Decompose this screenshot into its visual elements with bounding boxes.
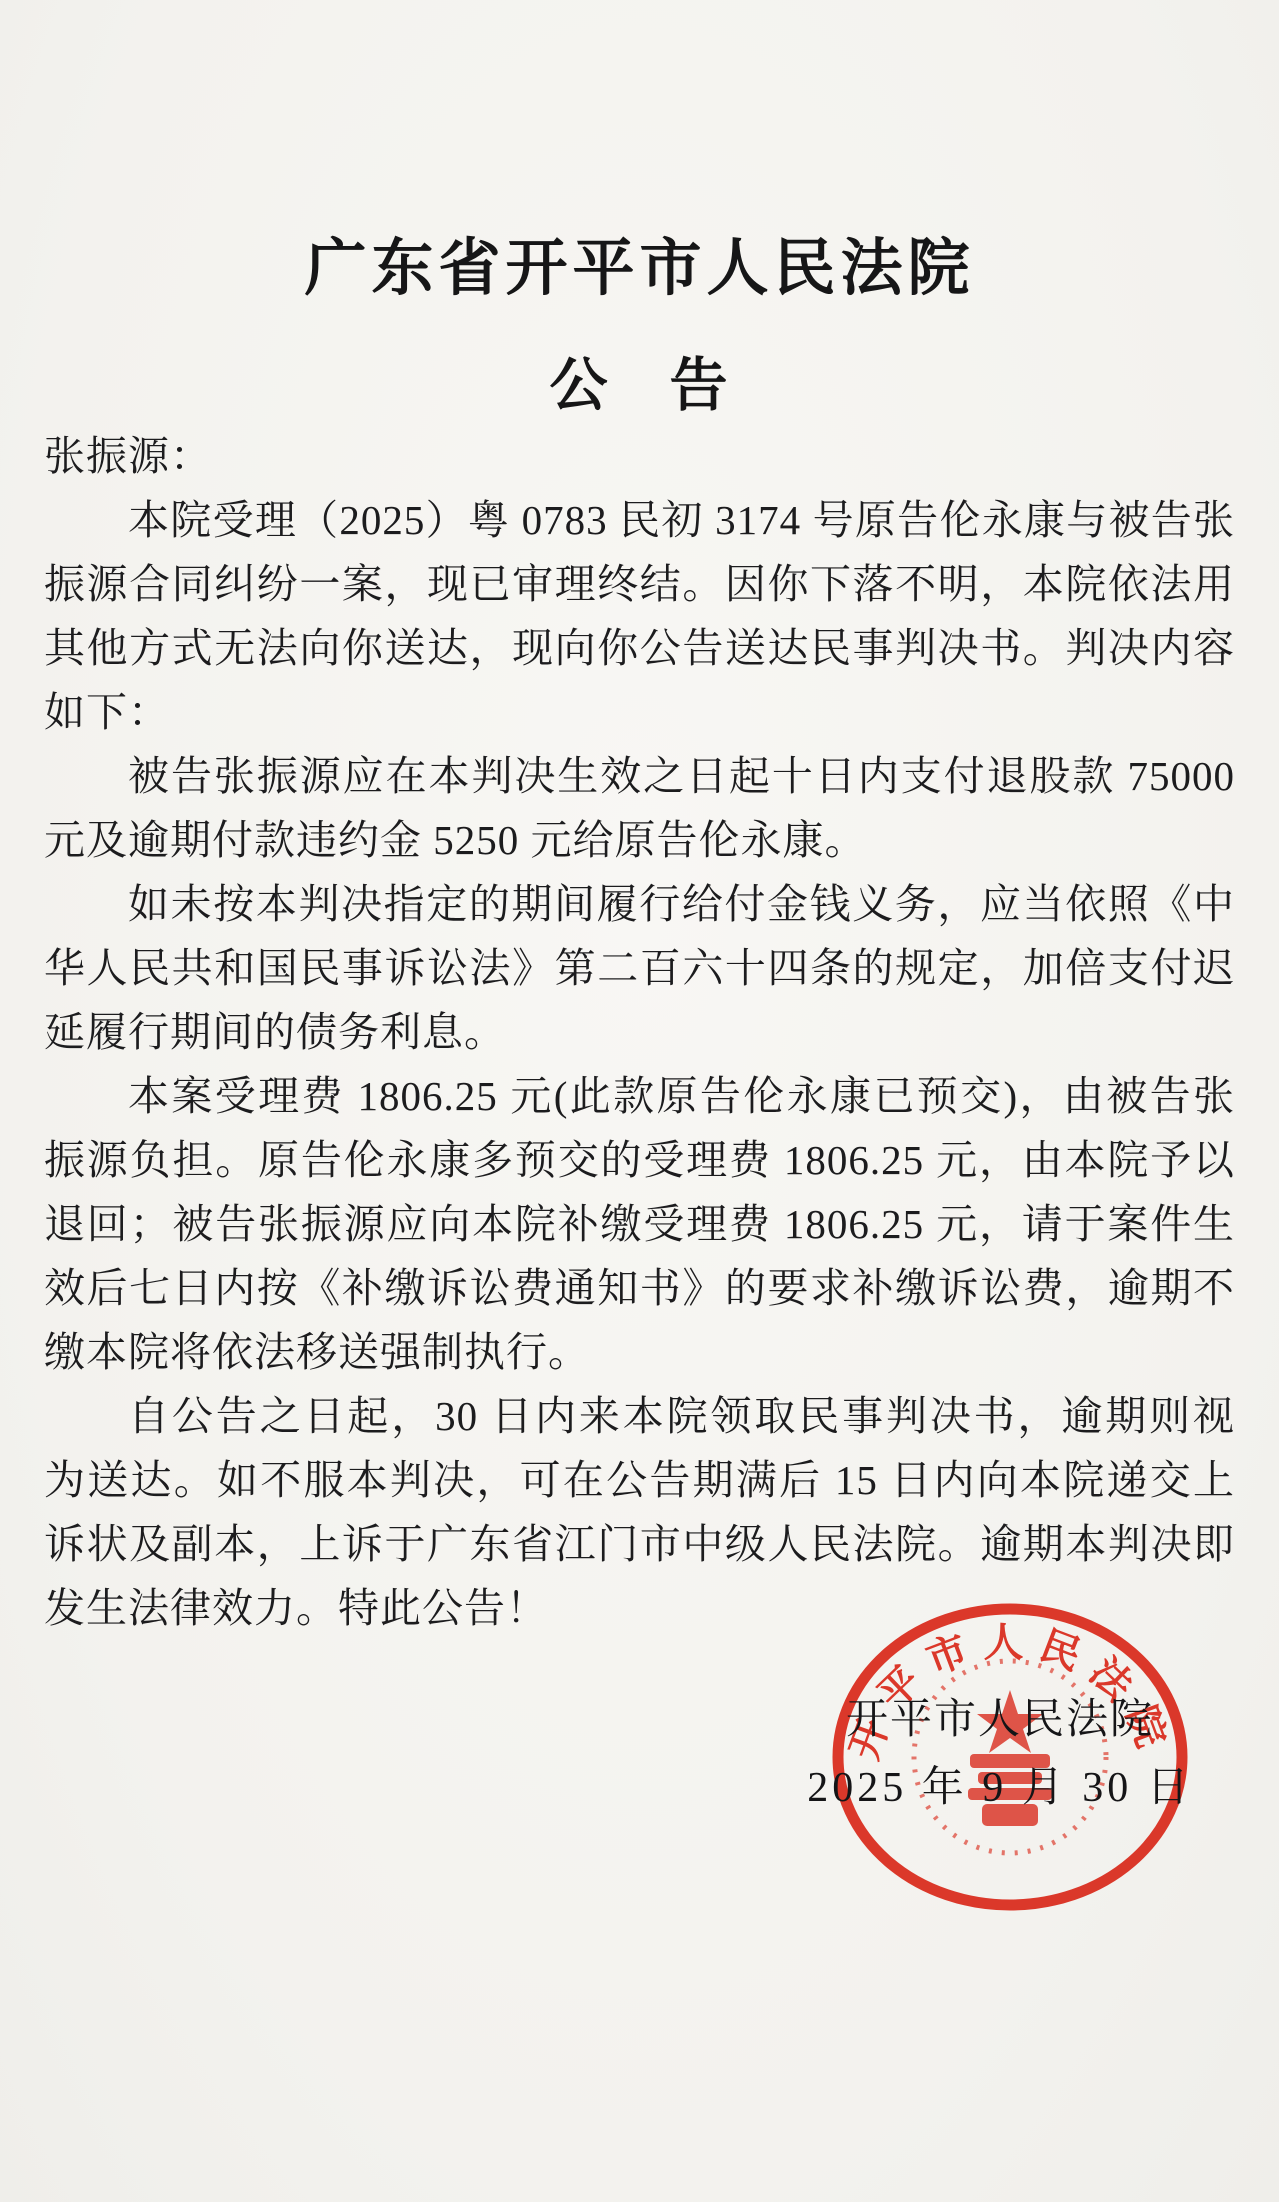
signature-date: 2025 年 9 月 30 日 [790, 1756, 1210, 1820]
body-line: 被告张振源应在本判决生效之日起十日内支付退股款 75000 [44, 744, 1235, 808]
body-line: 效后七日内按《补缴诉讼费通知书》的要求补缴诉讼费，逾期不 [44, 1256, 1235, 1320]
body-line: 缴本院将依法移送强制执行。 [44, 1320, 1235, 1384]
body-line: 振源合同纠纷一案，现已审理终结。因你下落不明，本院依法用 [44, 552, 1235, 616]
body-line: 华人民共和国民事诉讼法》第二百六十四条的规定，加倍支付迟 [44, 936, 1235, 1000]
body-line: 振源负担。原告伦永康多预交的受理费 1806.25 元，由本院予以 [44, 1128, 1235, 1192]
body-line: 其他方式无法向你送达，现向你公告送达民事判决书。判决内容 [44, 616, 1235, 680]
document-page: 广东省开平市人民法院 公 告 张振源： 本院受理（2025）粤 0783 民初 … [0, 0, 1279, 2202]
body-line: 为送达。如不服本判决，可在公告期满后 15 日内向本院递交上 [44, 1448, 1235, 1512]
announcement-body: 张振源： 本院受理（2025）粤 0783 民初 3174 号原告伦永康与被告张… [44, 424, 1235, 1640]
body-line: 诉状及副本，上诉于广东省江门市中级人民法院。逾期本判决即 [44, 1512, 1235, 1576]
doc-type-heading: 公 告 [0, 338, 1279, 422]
body-line: 本院受理（2025）粤 0783 民初 3174 号原告伦永康与被告张 [44, 488, 1235, 552]
body-line: 自公告之日起，30 日内来本院领取民事判决书，逾期则视 [44, 1384, 1235, 1448]
body-line: 延履行期间的债务利息。 [44, 1000, 1235, 1064]
body-line: 如未按本判决指定的期间履行给付金钱义务，应当依照《中 [44, 872, 1235, 936]
body-line: 元及逾期付款违约金 5250 元给原告伦永康。 [44, 808, 1235, 872]
body-line: 本案受理费 1806.25 元(此款原告伦永康已预交)，由被告张 [44, 1064, 1235, 1128]
body-line: 如下： [44, 680, 1235, 744]
addressee-line: 张振源： [44, 424, 1235, 488]
signature-court-name: 开平市人民法院 [790, 1688, 1210, 1752]
body-line: 退回；被告张振源应向本院补缴受理费 1806.25 元，请于案件生 [44, 1192, 1235, 1256]
signature-block: 开平市人民法院 2025 年 9 月 30 日 [790, 1688, 1210, 1820]
court-title: 广东省开平市人民法院 [0, 218, 1279, 307]
